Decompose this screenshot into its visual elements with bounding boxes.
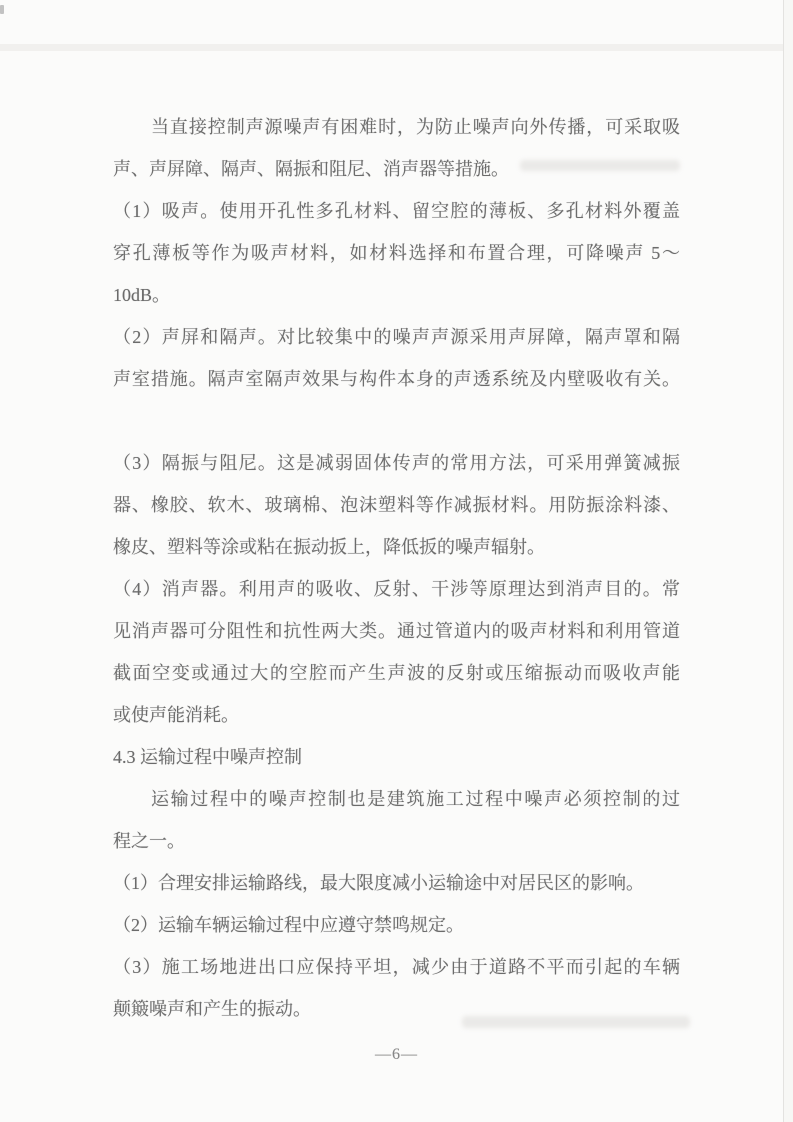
text-line: 穿孔薄板等作为吸声材料，如材料选择和布置合理，可降噪声 5～	[113, 232, 680, 274]
document-body: 当直接控制声源噪声有困难时，为防止噪声向外传播，可采取吸声、声屏障、隔声、隔振和…	[113, 106, 680, 1030]
scan-edge-line	[783, 0, 784, 1122]
text-line: 声、声屏障、隔声、隔振和阻尼、消声器等措施。	[113, 148, 680, 190]
text-line: 颠簸噪声和产生的振动。	[113, 988, 680, 1030]
text-line: （2）运输车辆运输过程中应遵守禁鸣规定。	[113, 904, 680, 946]
text-line: （1）合理安排运输路线，最大限度减小运输途中对居民区的影响。	[113, 862, 680, 904]
text-line: 程之一。	[113, 820, 680, 862]
section-heading: 4.3 运输过程中噪声控制	[113, 736, 680, 778]
text-line: 声室措施。隔声室隔声效果与构件本身的声透系统及内壁吸收有关。	[113, 358, 680, 400]
scan-artifact-band	[0, 44, 793, 51]
text-line: 见消声器可分阻性和抗性两大类。通过管道内的吸声材料和利用管道	[113, 610, 680, 652]
text-line: （4）消声器。利用声的吸收、反射、干涉等原理达到消声目的。常	[113, 568, 680, 610]
text-line: （3）隔振与阻尼。这是减弱固体传声的常用方法，可采用弹簧减振	[113, 442, 680, 484]
text-line: 10dB。	[113, 274, 680, 316]
text-line: （1）吸声。使用开孔性多孔材料、留空腔的薄板、多孔材料外覆盖	[113, 190, 680, 232]
document-page: 当直接控制声源噪声有困难时，为防止噪声向外传播，可采取吸声、声屏障、隔声、隔振和…	[0, 0, 793, 1122]
text-line: 当直接控制声源噪声有困难时，为防止噪声向外传播，可采取吸	[113, 106, 680, 148]
scan-corner-speck	[0, 5, 4, 14]
text-line: 或使声能消耗。	[113, 694, 680, 736]
text-line: 橡皮、塑料等涂或粘在振动扳上，降低扳的噪声辐射。	[113, 526, 680, 568]
page-number: —6—	[375, 1046, 418, 1063]
text-line: （2）声屏和隔声。对比较集中的噪声声源采用声屏障，隔声罩和隔	[113, 316, 680, 358]
scan-edge-shade	[784, 0, 793, 1122]
text-line: 运输过程中的噪声控制也是建筑施工过程中噪声必须控制的过	[113, 778, 680, 820]
text-line: （3）施工场地进出口应保持平坦，减少由于道路不平而引起的车辆	[113, 946, 680, 988]
page-footer: —6—	[0, 1045, 793, 1065]
text-line: 截面空变或通过大的空腔而产生声波的反射或压缩振动而吸收声能	[113, 652, 680, 694]
text-line: 器、橡胶、软木、玻璃棉、泡沫塑料等作减振材料。用防振涂料漆、	[113, 484, 680, 526]
blank-line	[113, 400, 680, 442]
